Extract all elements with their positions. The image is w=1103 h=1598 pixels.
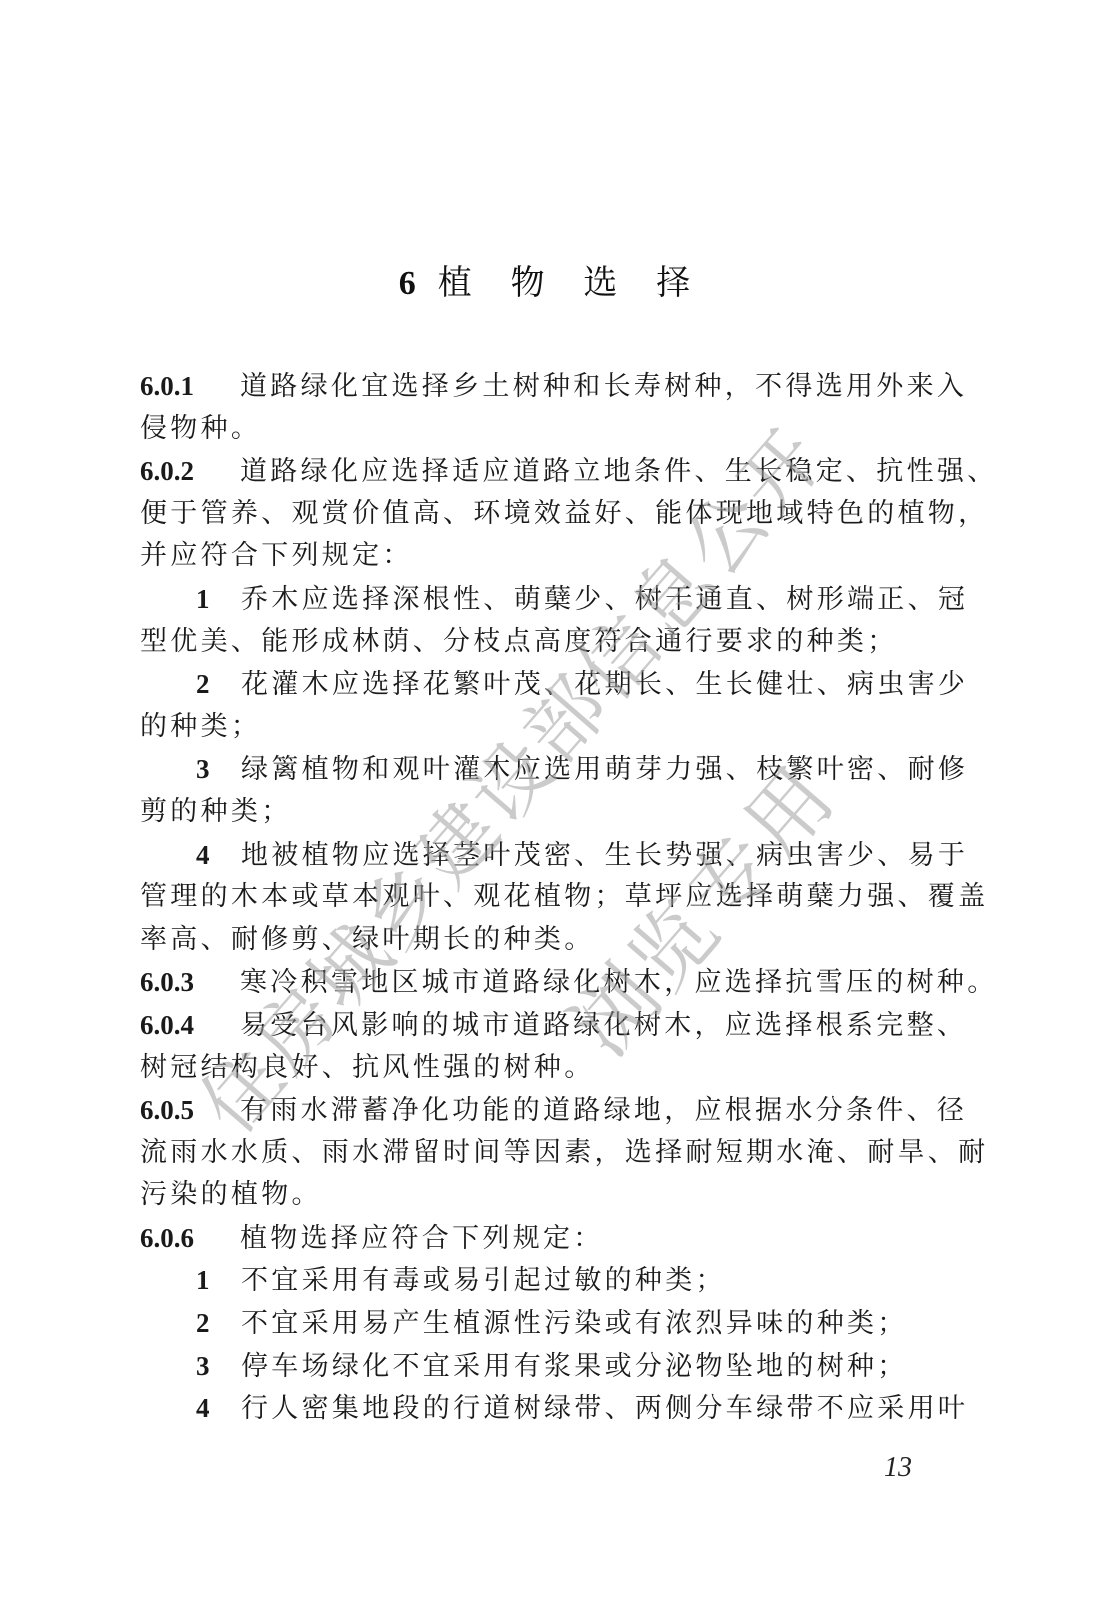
- continuation-line: 管理的木本或草本观叶、观花植物；草坪应选择萌蘖力强、覆盖: [140, 876, 942, 919]
- clause-number: 6.0.5: [140, 1089, 240, 1132]
- clause-line: 6.0.4易受台风影响的城市道路绿化树木，应选择根系完整、: [140, 1004, 942, 1047]
- line-text: 不宜采用有毒或易引起过敏的种类；: [241, 1265, 726, 1296]
- item-number: 4: [196, 834, 241, 877]
- item-number: 3: [196, 748, 241, 791]
- clause-line: 6.0.6植物选择应符合下列规定：: [140, 1217, 942, 1260]
- line-text: 的种类；: [140, 711, 261, 742]
- page-number: 13: [884, 1452, 912, 1484]
- clause-number: 6.0.1: [140, 365, 240, 408]
- line-text: 流雨水水质、雨水滞留时间等因素，选择耐短期水淹、耐旱、耐: [140, 1137, 988, 1168]
- line-text: 道路绿化应选择适应道路立地条件、生长稳定、抗性强、: [240, 456, 998, 487]
- line-text: 地被植物应选择茎叶茂密、生长势强、病虫害少、易于: [241, 840, 968, 871]
- continuation-line: 流雨水水质、雨水滞留时间等因素，选择耐短期水淹、耐旱、耐: [140, 1132, 942, 1175]
- clause-number: 6.0.2: [140, 450, 240, 493]
- line-text: 并应符合下列规定：: [140, 540, 413, 571]
- continuation-line: 型优美、能形成林荫、分枝点高度符合通行要求的种类；: [140, 621, 942, 664]
- line-text: 树冠结构良好、抗风性强的树种。: [140, 1052, 595, 1083]
- clause-line: 6.0.2道路绿化应选择适应道路立地条件、生长稳定、抗性强、: [140, 450, 942, 493]
- line-text: 行人密集地段的行道树绿带、两侧分车绿带不应采用叶: [241, 1393, 968, 1424]
- chapter-title-text: 植 物 选 择: [438, 263, 704, 303]
- line-text: 停车场绿化不宜采用有浆果或分泌物坠地的树种；: [241, 1351, 908, 1382]
- list-item-line: 4地被植物应选择茎叶茂密、生长势强、病虫害少、易于: [140, 834, 942, 877]
- continuation-line: 并应符合下列规定：: [140, 535, 942, 578]
- chapter-body: 6.0.1道路绿化宜选择乡土树种和长寿树种，不得选用外来入侵物种。6.0.2道路…: [140, 365, 942, 1430]
- list-item-line: 2花灌木应选择花繁叶茂、花期长、生长健壮、病虫害少: [140, 663, 942, 706]
- continuation-line: 污染的植物。: [140, 1174, 942, 1217]
- line-text: 剪的种类；: [140, 796, 292, 827]
- clause-line: 6.0.1道路绿化宜选择乡土树种和长寿树种，不得选用外来入: [140, 365, 942, 408]
- clause-number: 6.0.3: [140, 961, 240, 1004]
- continuation-line: 率高、耐修剪、绿叶期长的种类。: [140, 919, 942, 962]
- line-text: 寒冷积雪地区城市道路绿化树木，应选择抗雪压的树种。: [240, 967, 998, 998]
- list-item-line: 1乔木应选择深根性、萌蘖少、树干通直、树形端正、冠: [140, 578, 942, 621]
- line-text: 型优美、能形成林荫、分枝点高度符合通行要求的种类；: [140, 626, 898, 657]
- item-number: 1: [196, 1259, 241, 1302]
- list-item-line: 4行人密集地段的行道树绿带、两侧分车绿带不应采用叶: [140, 1387, 942, 1430]
- chapter-number: 6: [399, 265, 416, 302]
- line-text: 有雨水滞蓄净化功能的道路绿地，应根据水分条件、径: [240, 1095, 967, 1126]
- continuation-line: 便于管养、观赏价值高、环境效益好、能体现地域特色的植物，: [140, 493, 942, 536]
- chapter-title: 6植 物 选 择: [0, 255, 1103, 304]
- item-number: 2: [196, 663, 241, 706]
- line-text: 道路绿化宜选择乡土树种和长寿树种，不得选用外来入: [240, 371, 967, 402]
- item-number: 4: [196, 1387, 241, 1430]
- list-item-line: 1不宜采用有毒或易引起过敏的种类；: [140, 1259, 942, 1302]
- line-text: 植物选择应符合下列规定：: [240, 1223, 604, 1254]
- continuation-line: 侵物种。: [140, 408, 942, 451]
- continuation-line: 剪的种类；: [140, 791, 942, 834]
- line-text: 管理的木本或草本观叶、观花植物；草坪应选择萌蘖力强、覆盖: [140, 881, 988, 912]
- line-text: 便于管养、观赏价值高、环境效益好、能体现地域特色的植物，: [140, 498, 988, 529]
- continuation-line: 树冠结构良好、抗风性强的树种。: [140, 1047, 942, 1090]
- line-text: 率高、耐修剪、绿叶期长的种类。: [140, 924, 595, 955]
- clause-line: 6.0.3寒冷积雪地区城市道路绿化树木，应选择抗雪压的树种。: [140, 961, 942, 1004]
- item-number: 1: [196, 578, 241, 621]
- document-page: 6植 物 选 择 6.0.1道路绿化宜选择乡土树种和长寿树种，不得选用外来入侵物…: [0, 0, 1103, 1598]
- line-text: 污染的植物。: [140, 1179, 322, 1210]
- line-text: 乔木应选择深根性、萌蘖少、树干通直、树形端正、冠: [241, 584, 968, 615]
- clause-number: 6.0.4: [140, 1004, 240, 1047]
- clause-number: 6.0.6: [140, 1217, 240, 1260]
- line-text: 绿篱植物和观叶灌木应选用萌芽力强、枝繁叶密、耐修: [241, 754, 968, 785]
- line-text: 花灌木应选择花繁叶茂、花期长、生长健壮、病虫害少: [241, 669, 968, 700]
- item-number: 2: [196, 1302, 241, 1345]
- line-text: 易受台风影响的城市道路绿化树木，应选择根系完整、: [240, 1010, 967, 1041]
- list-item-line: 3绿篱植物和观叶灌木应选用萌芽力强、枝繁叶密、耐修: [140, 748, 942, 791]
- item-number: 3: [196, 1345, 241, 1388]
- line-text: 侵物种。: [140, 413, 261, 444]
- clause-line: 6.0.5有雨水滞蓄净化功能的道路绿地，应根据水分条件、径: [140, 1089, 942, 1132]
- continuation-line: 的种类；: [140, 706, 942, 749]
- list-item-line: 2不宜采用易产生植源性污染或有浓烈异味的种类；: [140, 1302, 942, 1345]
- line-text: 不宜采用易产生植源性污染或有浓烈异味的种类；: [241, 1308, 908, 1339]
- list-item-line: 3停车场绿化不宜采用有浆果或分泌物坠地的树种；: [140, 1345, 942, 1388]
